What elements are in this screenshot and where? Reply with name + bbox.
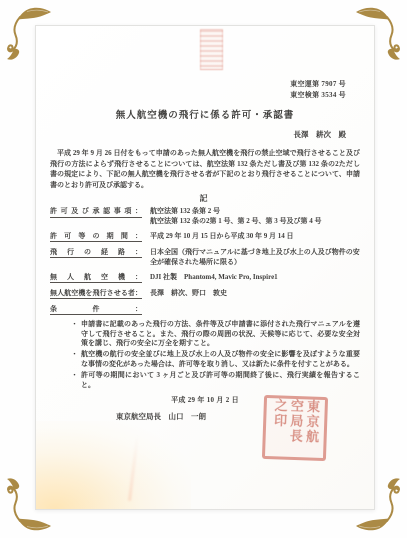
item-label: 飛行の経路：	[50, 247, 142, 259]
item-value: 日本全国（飛行マニュアルに基づき地上及び水上の人及び物件の安全が確保された場所に…	[150, 247, 360, 267]
condition-item: 許可等の期間において 3 ヶ月ごと及び許可等の期間終了後に、飛行実績を報告するこ…	[74, 371, 360, 391]
item-conditions: 条件：	[50, 304, 360, 316]
official-seal-icon: 東京航空局長之印	[262, 395, 328, 461]
item-value: 航空法第 132 条第 2 号 航空法第 132 条の2第 1 号、第 2 号、…	[150, 206, 360, 226]
addressee: 長澤 耕次 殿	[36, 129, 346, 140]
doc-number-ken: 東空検第 3534 号	[36, 90, 346, 101]
item-route: 飛行の経路： 日本全国（飛行マニュアルに基づき地上及び水上の人及び物件の安全が確…	[50, 247, 360, 267]
item-value: 平成 29 年 10 月 15 日から平成 30 年 9 月 14 日	[150, 231, 360, 241]
seal-column: 之印	[272, 398, 288, 429]
scan-light-flare	[36, 421, 191, 509]
item-approval: 許可及び承認事項： 航空法第 132 条第 2 号 航空法第 132 条の2第 …	[50, 206, 360, 226]
document-title: 無人航空機の飛行に係る許可・承認書	[36, 107, 374, 121]
record-heading: 記	[36, 193, 374, 204]
item-value: 長澤 耕次、野口 敦史	[150, 288, 360, 298]
seal-column: 東京航	[304, 399, 321, 444]
item-aircraft: 無人航空機： DJI 社製 Phantom4, Mavic Pro, Inspi…	[50, 272, 360, 284]
scan-artifact-streak	[128, 435, 139, 501]
item-label: 無人航空機を飛行させる者：	[50, 288, 142, 300]
item-label: 無人航空機：	[50, 272, 142, 284]
signature-row: 東京航空局長 山口 一朗 東京航空局長之印	[36, 411, 374, 422]
seal-text: 東京航空局長之印	[270, 398, 321, 458]
seal-column: 空局長	[288, 399, 305, 444]
item-label: 条件：	[50, 304, 142, 316]
permit-document: 東空運第 7907 号 東空検第 3534 号 無人航空機の飛行に係る許可・承認…	[35, 25, 375, 510]
signature: 東京航空局長 山口 一朗	[116, 412, 206, 421]
receipt-stamp-icon	[200, 29, 223, 70]
item-value: DJI 社製 Phantom4, Mavic Pro, Inspire1	[150, 272, 360, 282]
condition-item: 申請書に記載のあった飛行の方法、条件等及び申請書に添付された飛行マニュアルを遵守…	[74, 320, 360, 350]
permit-items: 許可及び承認事項： 航空法第 132 条第 2 号 航空法第 132 条の2第 …	[50, 206, 360, 315]
conditions-list: 申請書に記載のあった飛行の方法、条件等及び申請書に添付された飛行マニュアルを遵守…	[74, 320, 360, 392]
document-numbers: 東空運第 7907 号 東空検第 3534 号	[36, 79, 346, 100]
item-operators: 無人航空機を飛行させる者： 長澤 耕次、野口 敦史	[50, 288, 360, 300]
item-period: 許可等の期間： 平成 29 年 10 月 15 日から平成 30 年 9 月 1…	[50, 231, 360, 243]
item-label: 許可及び承認事項：	[50, 206, 142, 218]
certificate-frame: 東空運第 7907 号 東空検第 3534 号 無人航空機の飛行に係る許可・承認…	[0, 0, 407, 538]
doc-number-un: 東空運第 7907 号	[36, 79, 346, 90]
condition-item: 航空機の航行の安全並びに地上及び水上の人及び物件の安全に影響を及ぼすような重要な…	[74, 350, 360, 370]
body-paragraph: 平成 29 年 9 月 26 日付をもって申請のあった無人航空機を飛行の禁止空域…	[50, 148, 360, 190]
item-label: 許可等の期間：	[50, 231, 142, 243]
